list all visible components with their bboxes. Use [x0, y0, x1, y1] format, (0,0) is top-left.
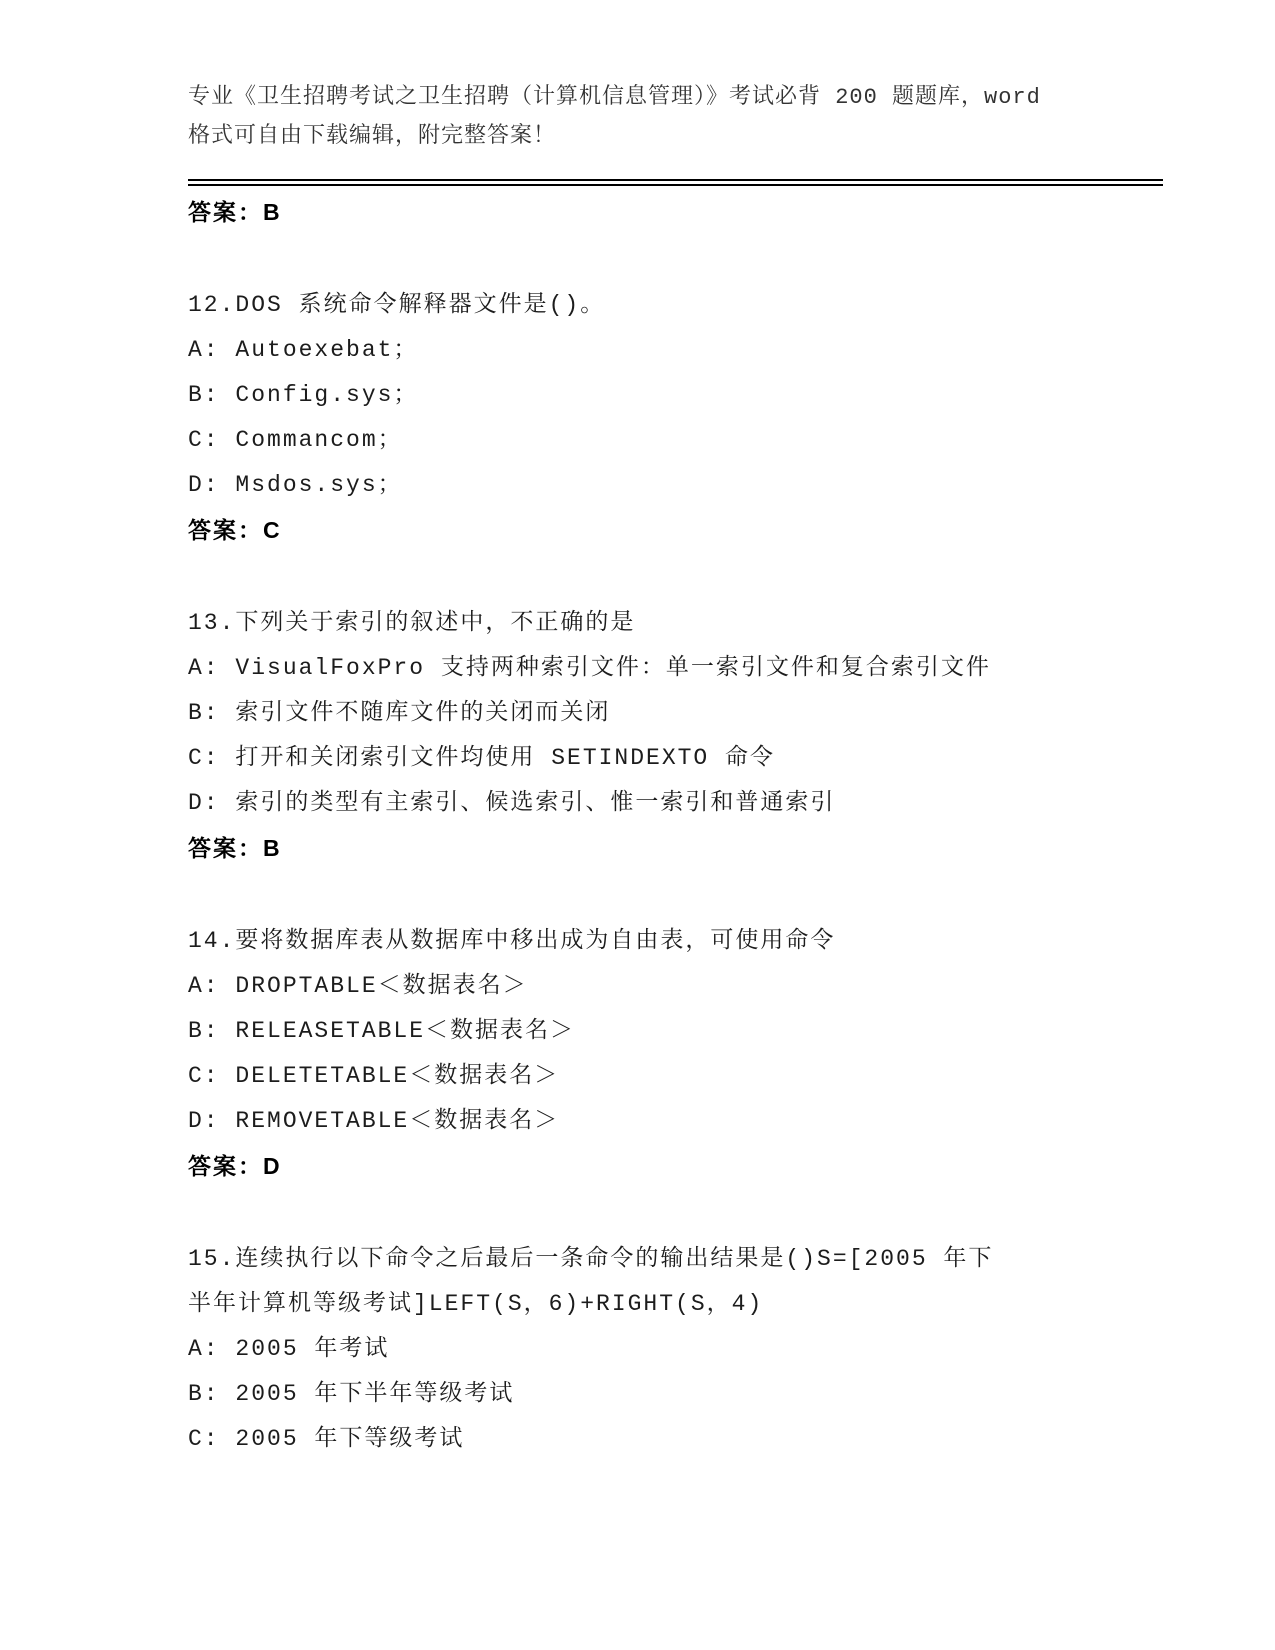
question-12-option-d: D: Msdos.sys；	[188, 463, 1163, 508]
question-13: 13.下列关于索引的叙述中，不正确的是 A: VisualFoxPro 支持两种…	[188, 601, 1163, 871]
question-13-option-b: B: 索引文件不随库文件的关闭而关闭	[188, 691, 1163, 736]
question-12-option-a: A: Autoexebat；	[188, 328, 1163, 373]
question-14: 14.要将数据库表从数据库中移出成为自由表，可使用命令 A: DROPTABLE…	[188, 919, 1163, 1189]
question-15-title-line-2: 半年计算机等级考试]LEFT(S，6)+RIGHT(S，4)	[188, 1282, 1163, 1327]
header-double-rule	[188, 179, 1163, 186]
header-title-line-1: 专业《卫生招聘考试之卫生招聘（计算机信息管理）》考试必背 200 题题库，wor…	[188, 78, 1163, 117]
question-15-option-b: B: 2005 年下半年等级考试	[188, 1372, 1163, 1417]
question-12-option-c: C: Commancom；	[188, 418, 1163, 463]
question-14-option-d: D: REMOVETABLE＜数据表名＞	[188, 1099, 1163, 1144]
question-13-option-c: C: 打开和关闭索引文件均使用 SETINDEXTO 命令	[188, 736, 1163, 781]
question-13-option-d: D: 索引的类型有主索引、候选索引、惟一索引和普通索引	[188, 781, 1163, 826]
header-title-line-2: 格式可自由下载编辑，附完整答案！	[188, 117, 1163, 156]
question-15: 15.连续执行以下命令之后最后一条命令的输出结果是()S=[2005 年下 半年…	[188, 1237, 1163, 1462]
question-14-option-a: A: DROPTABLE＜数据表名＞	[188, 964, 1163, 1009]
question-14-option-c: C: DELETETABLE＜数据表名＞	[188, 1054, 1163, 1099]
question-13-option-a: A: VisualFoxPro 支持两种索引文件：单一索引文件和复合索引文件	[188, 646, 1163, 691]
document-page: 专业《卫生招聘考试之卫生招聘（计算机信息管理）》考试必背 200 题题库，wor…	[0, 0, 1275, 1650]
question-13-answer: 答案：B	[188, 826, 1163, 871]
document-header: 专业《卫生招聘考试之卫生招聘（计算机信息管理）》考试必背 200 题题库，wor…	[188, 78, 1163, 156]
question-15-title-line-1: 15.连续执行以下命令之后最后一条命令的输出结果是()S=[2005 年下	[188, 1237, 1163, 1282]
question-15-option-a: A: 2005 年考试	[188, 1327, 1163, 1372]
question-14-title: 14.要将数据库表从数据库中移出成为自由表，可使用命令	[188, 919, 1163, 964]
question-14-option-b: B: RELEASETABLE＜数据表名＞	[188, 1009, 1163, 1054]
answer-line-previous-question: 答案：B	[188, 190, 1163, 235]
question-12-option-b: B: Config.sys；	[188, 373, 1163, 418]
question-14-answer: 答案：D	[188, 1144, 1163, 1189]
question-13-title: 13.下列关于索引的叙述中，不正确的是	[188, 601, 1163, 646]
question-15-option-c: C: 2005 年下等级考试	[188, 1417, 1163, 1462]
question-12-title: 12.DOS 系统命令解释器文件是()。	[188, 283, 1163, 328]
question-12: 12.DOS 系统命令解释器文件是()。 A: Autoexebat； B: C…	[188, 283, 1163, 553]
question-12-answer: 答案：C	[188, 508, 1163, 553]
